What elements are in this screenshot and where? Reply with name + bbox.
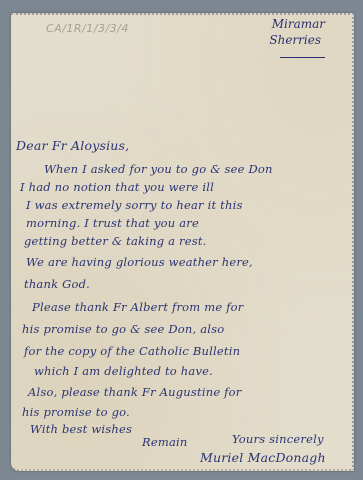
body-line: With best wishes [30, 422, 132, 436]
body-line: Also, please thank Fr Augustine for [28, 385, 241, 399]
body-line: Please thank Fr Albert from me for [32, 300, 244, 314]
body-line: thank God. [24, 277, 90, 291]
body-line: his promise to go. [22, 405, 130, 419]
sender-address: Miramar Sherries [269, 16, 325, 48]
archive-reference: CA/1R/1/3/3/4 [46, 22, 129, 35]
body-line: I was extremely sorry to hear it this [26, 198, 243, 212]
closing-prefix: Remain [142, 435, 188, 449]
salutation: Dear Fr Aloysius, [16, 138, 129, 153]
body-line: When I asked for you to go & see Don [44, 162, 273, 176]
body-line: morning. I trust that you are [26, 216, 199, 230]
address-underline [280, 57, 325, 58]
body-line: I had no notion that you were ill [20, 180, 214, 194]
body-line: for the copy of the Catholic Bulletin [24, 344, 240, 358]
body-line: We are having glorious weather here, [26, 255, 253, 269]
address-line-1: Miramar [269, 16, 325, 32]
body-line: his promise to go & see Don, also [22, 322, 224, 336]
address-line-2: Sherries [269, 32, 321, 48]
body-line: getting better & taking a rest. [24, 234, 207, 248]
signature: Muriel MacDonagh [200, 450, 326, 465]
closing: Yours sincerely [232, 432, 324, 446]
body-line: which I am delighted to have. [34, 364, 213, 378]
